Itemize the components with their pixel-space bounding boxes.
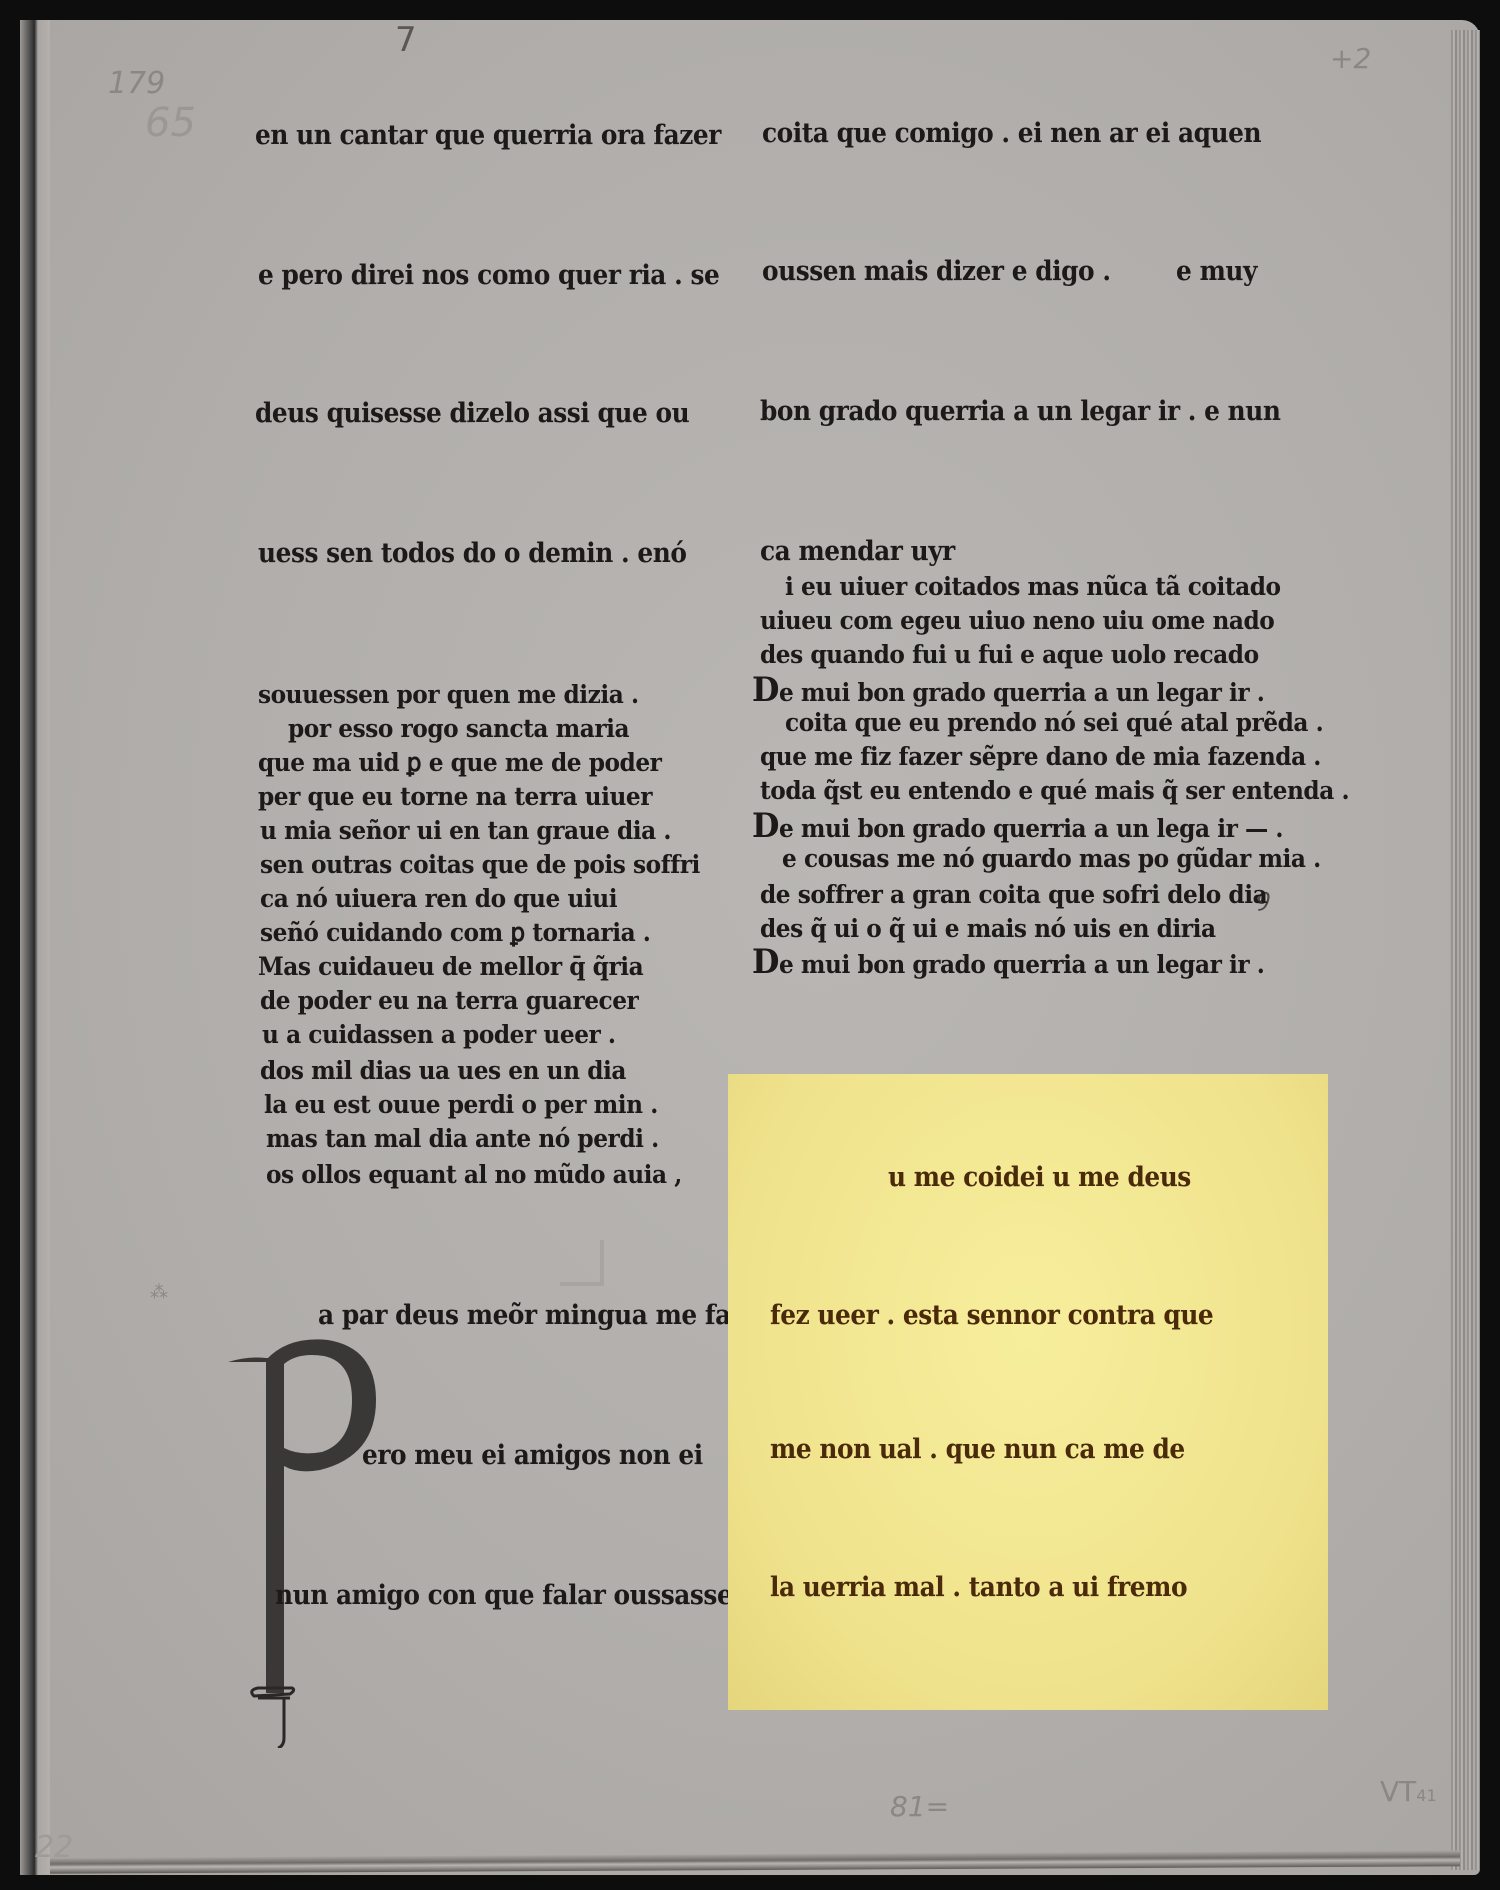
right-dense-line: uiueu com egeu uiuo neno uiu ome nado xyxy=(760,606,1274,635)
left-margin-mark: ⁂ xyxy=(150,1282,168,1303)
left-dense-line: ca nó uiuera ren do que uiui xyxy=(260,884,617,913)
highlight-line: u me coidei u me deus xyxy=(888,1162,1191,1193)
initial-continuation-line: ero meu ei amigos non ei xyxy=(362,1440,703,1471)
page-edges-right xyxy=(1450,30,1480,1870)
right-spaced-line: oussen mais dizer e digo . e muy xyxy=(762,256,1257,287)
right-spaced-line: coita que comigo . ei nen ar ei aquen xyxy=(762,118,1261,149)
signature-letters: VT xyxy=(1380,1775,1416,1808)
faint-initial-guide xyxy=(560,1240,604,1286)
right-dense-line: des q̃ ui o q̃ ui e mais nó uis en diria xyxy=(760,914,1216,943)
bottom-right-signature: VT41 xyxy=(1380,1775,1437,1808)
refrain-text: e mui bon grado querria a un legar ir . xyxy=(779,950,1264,979)
binding-gutter xyxy=(20,20,50,1875)
left-dense-line: de poder eu na terra guarecer xyxy=(260,986,638,1015)
highlight-line: me non ual . que nun ca me de xyxy=(770,1434,1185,1465)
refrain-text: e mui bon grado querria a un legar ir . xyxy=(779,678,1264,707)
signature-number: 41 xyxy=(1416,1786,1436,1805)
left-spaced-line: e pero direi nos como quer ria . se xyxy=(258,260,719,291)
right-dense-line: coita que eu prendo nó sei qué atal prẽd… xyxy=(785,708,1323,737)
left-dense-line: Mas cuidaueu de mellor q̄ q̃ria xyxy=(258,952,643,981)
refrain-initial-D: D xyxy=(752,942,779,982)
bottom-left-number: 22 xyxy=(35,1830,73,1865)
folio-number: 179 xyxy=(108,66,165,101)
highlight-box: u me coidei u me deus fez ueer . esta se… xyxy=(728,1074,1328,1710)
left-dense-line: mas tan mal dia ante nó perdi . xyxy=(266,1124,659,1153)
highlight-line: la uerria mal . tanto a ui fremo xyxy=(770,1572,1187,1603)
right-refrain-line: De mui bon grado querria a un lega ir — … xyxy=(752,806,1283,846)
right-refrain-line: De mui bon grado querria a un legar ir . xyxy=(752,670,1264,710)
right-dense-line: que me fiz fazer sẽpre dano de mia fazen… xyxy=(760,742,1321,771)
bottom-center-number: 81= xyxy=(890,1790,949,1823)
left-dense-line: dos mil dias ua ues en un dia xyxy=(260,1056,626,1085)
right-dense-line: e cousas me nó guardo mas po gũdar mia . xyxy=(782,844,1321,873)
right-dense-line: des quando fui u fui e aque uolo recado xyxy=(760,640,1259,669)
top-center-mark: 7 xyxy=(395,20,417,60)
right-dense-line: de soffrer a gran coita que sofri delo d… xyxy=(760,880,1267,909)
refrain-initial-D: D xyxy=(752,806,779,846)
left-dense-line: os ollos equant al no mũdo auia , xyxy=(266,1160,682,1189)
left-dense-line: que ma uid ꝑ e que me de poder xyxy=(258,748,661,777)
right-refrain-line: De mui bon grado querria a un legar ir . xyxy=(752,942,1264,982)
left-spaced-line: deus quisesse dizelo assi que ou xyxy=(255,398,689,429)
right-dense-line: i eu uiuer coitados mas nũca tã coitado xyxy=(785,572,1281,601)
right-dense-line: toda q̃st eu entendo e qué mais q̃ ser e… xyxy=(760,776,1349,805)
top-right-mark: +2 xyxy=(1330,42,1371,75)
highlight-line: fez ueer . esta sennor contra que xyxy=(770,1300,1213,1331)
left-dense-line: u mia señor ui en tan graue dia . xyxy=(260,816,671,845)
left-dense-line: por esso rogo sancta maria xyxy=(288,714,629,743)
left-spaced-line: en un cantar que querria ora fazer xyxy=(255,120,721,151)
refrain-initial-D: D xyxy=(752,670,779,710)
left-spaced-line: uess sen todos do o demin . enó xyxy=(258,538,686,569)
right-spaced-line: ca mendar uyr xyxy=(760,536,955,567)
page-number-pencil: 65 xyxy=(145,100,196,146)
refrain-text: e mui bon grado querria a un lega ir — . xyxy=(779,814,1283,843)
pre-initial-line: a par deus meõr mingua me faria . xyxy=(318,1300,784,1331)
left-dense-line: la eu est ouue perdi o per min . xyxy=(264,1090,658,1119)
left-dense-line: señó cuidando com ꝑ tornaria . xyxy=(260,918,650,947)
right-spaced-line: bon grado querria a un legar ir . e nun xyxy=(760,396,1280,427)
decorated-initial-P xyxy=(228,1338,378,1748)
left-dense-line: souuessen por quen me dizia . xyxy=(258,680,639,709)
left-dense-line: u a cuidassen a poder ueer . xyxy=(262,1020,616,1049)
initial-continuation-line: nun amigo con que falar oussasse a xyxy=(275,1580,756,1611)
left-dense-line: sen outras coitas que de pois soffri xyxy=(260,850,700,879)
left-dense-line: per que eu torne na terra uiuer xyxy=(258,782,652,811)
